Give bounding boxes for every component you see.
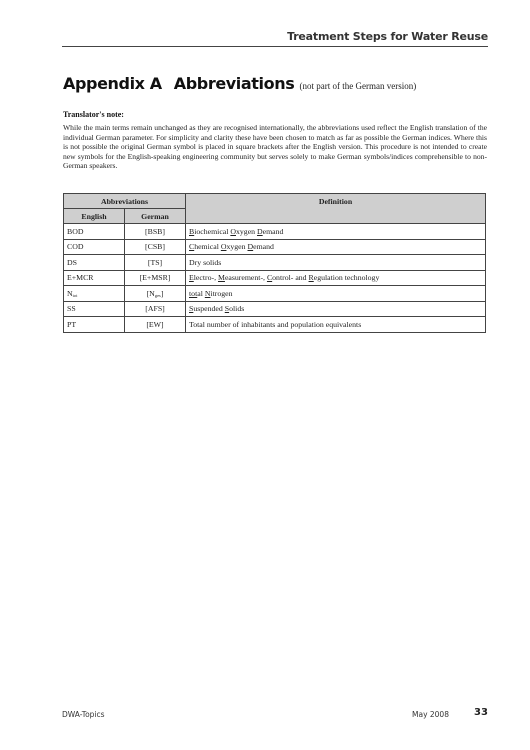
definition: Chemical Oxygen Demand [186, 239, 486, 255]
english-abbreviation: DS [64, 255, 125, 271]
definition-header: Definition [186, 194, 486, 224]
english-abbreviation: E+MCR [64, 270, 125, 286]
abbreviations-group-header: Abbreviations [64, 194, 186, 209]
translator-note-heading: Translator's note: [63, 110, 124, 119]
definition: Dry solids [186, 255, 486, 271]
page-number: 33 [474, 707, 488, 718]
definition: Total number of inhabitants and populati… [186, 317, 486, 333]
german-abbreviation: [BSB] [125, 224, 186, 240]
english-abbreviation: BOD [64, 224, 125, 240]
table-row: PT[EW]Total number of inhabitants and po… [64, 317, 486, 333]
german-abbreviation: [CSB] [125, 239, 186, 255]
definition: total Nitrogen [186, 286, 486, 302]
german-abbreviation: [Nges] [125, 286, 186, 302]
translator-note-body: While the main terms remain unchanged as… [63, 123, 487, 171]
running-header: Treatment Steps for Water Reuse [62, 30, 488, 47]
appendix-label: Appendix A [63, 74, 162, 93]
table-row: COD[CSB]Chemical Oxygen Demand [64, 239, 486, 255]
english-abbreviation: COD [64, 239, 125, 255]
title-note: (not part of the German version) [300, 81, 417, 91]
table-row: Ntot[Nges]total Nitrogen [64, 286, 486, 302]
footer-date: May 2008 [412, 710, 449, 719]
table-row: E+MCR[E+MSR]Electro-, Measurement-, Cont… [64, 270, 486, 286]
footer-publication: DWA-Topics [62, 710, 105, 719]
german-abbreviation: [E+MSR] [125, 270, 186, 286]
appendix-heading: Abbreviations [174, 74, 295, 93]
definition: Biochemical Oxygen Demand [186, 224, 486, 240]
page-title: Appendix AAbbreviations (not part of the… [63, 74, 416, 93]
table-row: BOD[BSB]Biochemical Oxygen Demand [64, 224, 486, 240]
german-header: German [125, 209, 186, 224]
english-abbreviation: Ntot [64, 286, 125, 302]
definition: Suspended Solids [186, 301, 486, 317]
english-header: English [64, 209, 125, 224]
english-abbreviation: SS [64, 301, 125, 317]
definition: Electro-, Measurement-, Control- and Reg… [186, 270, 486, 286]
german-abbreviation: [TS] [125, 255, 186, 271]
german-abbreviation: [EW] [125, 317, 186, 333]
table-row: DS[TS]Dry solids [64, 255, 486, 271]
german-abbreviation: [AFS] [125, 301, 186, 317]
abbreviations-body: BOD[BSB]Biochemical Oxygen DemandCOD[CSB… [64, 224, 486, 333]
abbreviations-table: Abbreviations Definition English German … [63, 193, 486, 333]
english-abbreviation: PT [64, 317, 125, 333]
table-row: SS[AFS]Suspended Solids [64, 301, 486, 317]
